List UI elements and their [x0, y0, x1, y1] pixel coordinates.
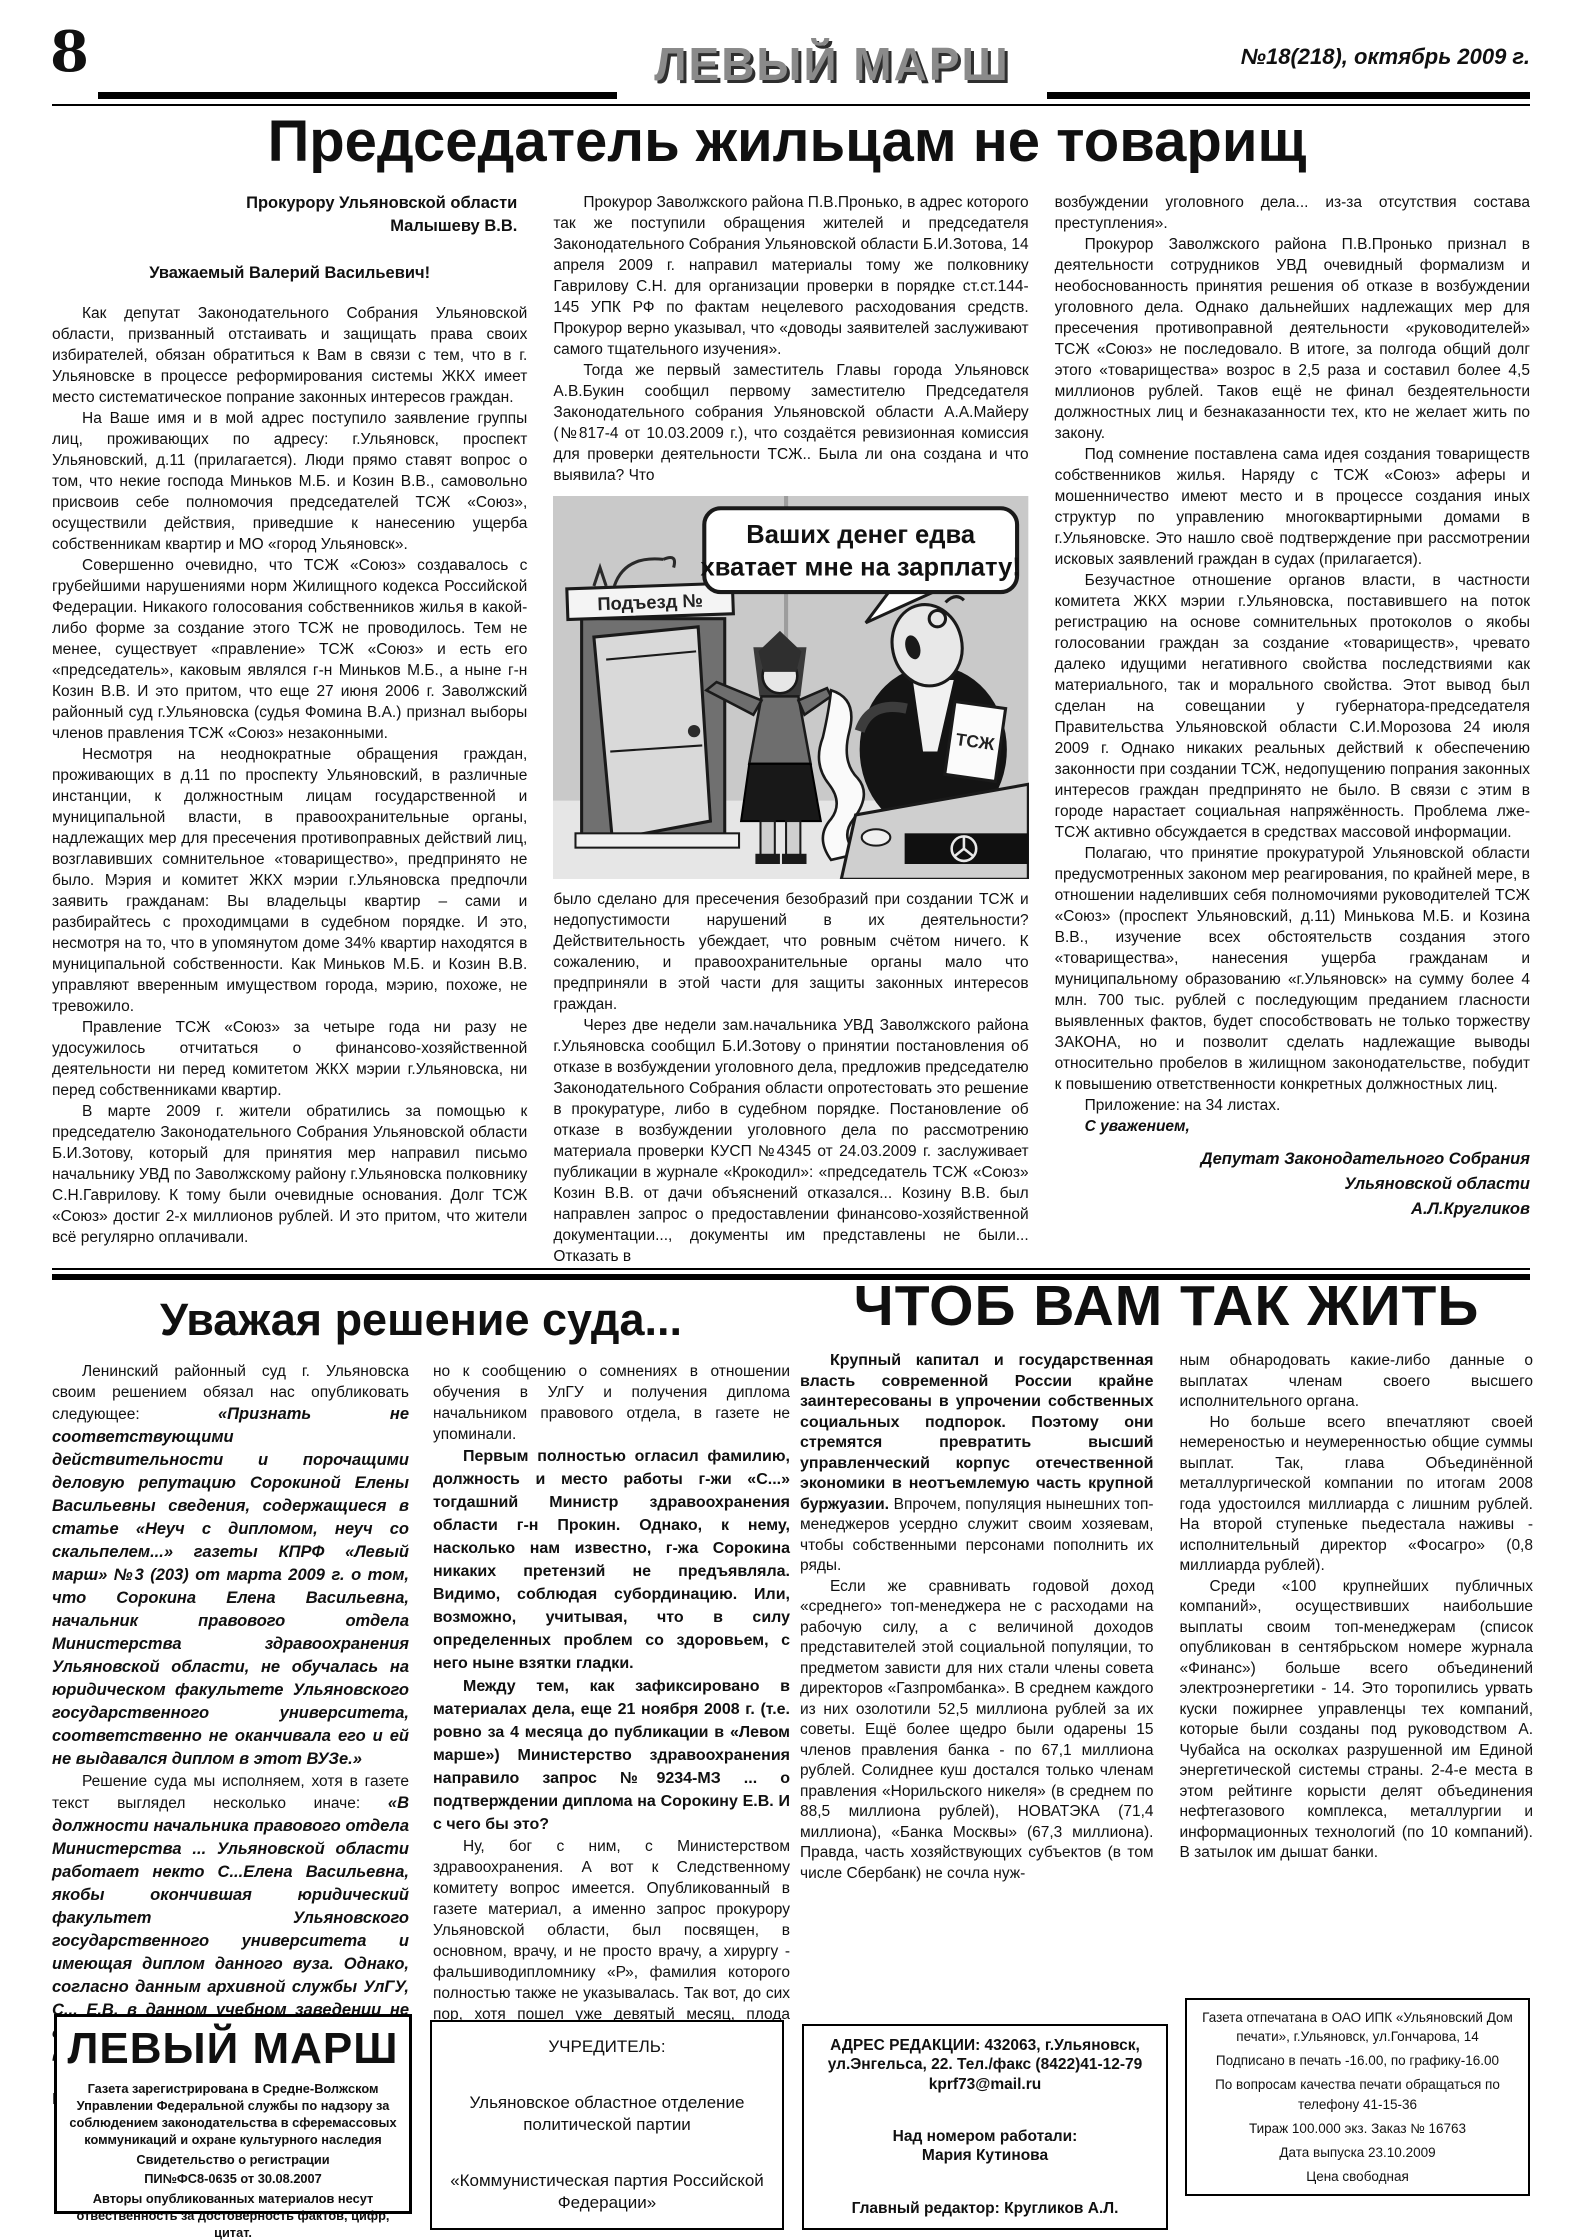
paragraph: Но больше всего впечатляют своей немерен… [1180, 1413, 1534, 1577]
paragraph: На Ваше имя и в мой адрес поступило заяв… [52, 408, 527, 555]
print-info-line: Цена свободная [1199, 2167, 1516, 2186]
article1-col3: возбуждении уголовного дела... из-за отс… [1055, 192, 1530, 1267]
print-info-line: Тираж 100.000 экз. Заказ № 16763 [1199, 2119, 1516, 2138]
paragraph: возбуждении уголовного дела... из-за отс… [1055, 192, 1530, 234]
broken-door [576, 619, 740, 848]
registration-box: ЛЕВЫЙ МАРШ Газета зарегистрирована в Сре… [54, 2014, 412, 2214]
article3-columns: Крупный капитал и государственная власть… [800, 1351, 1533, 1884]
signature-line: А.Л.Кругликов [1055, 1197, 1530, 1222]
issue-date: №18(218), октябрь 2009 г. [1241, 44, 1530, 70]
header-rule-thin [52, 104, 1530, 106]
addressee-line: Малышеву В.В. [52, 215, 517, 238]
founder-label: УЧРЕДИТЕЛЬ: [448, 2036, 766, 2058]
article1-headline: Председатель жильцам не товарищ [0, 110, 1574, 174]
print-info-line: Газета отпечатана в ОАО ИПК «Ульяновский… [1199, 2008, 1516, 2046]
speech-bubble-line1: Ваших денег едва [747, 521, 977, 549]
paragraph: Если же сравнивать годовой доход «средне… [800, 1577, 1154, 1885]
letter-addressee: Прокурору Ульяновской области Малышеву В… [52, 192, 527, 238]
article2-colB: но к сообщению о сомнениях в отношении о… [433, 1361, 790, 2110]
footer-logo: ЛЕВЫЙ МАРШ [67, 2027, 399, 2071]
letter-signature: Депутат Законодательного Собрания Ульяно… [1055, 1147, 1530, 1222]
paragraph: В марте 2009 г. жители обратились за пом… [52, 1101, 527, 1248]
article2: Уважая решение суда... Ленинский районны… [52, 1296, 790, 2110]
article2-columns: Ленинский районный суд г. Ульяновска сво… [52, 1361, 790, 2110]
staff-name: Мария Кутинова [816, 2146, 1154, 2165]
article3-lead: Крупный капитал и государственная власть… [800, 1352, 1154, 1513]
article2-colA: Ленинский районный суд г. Ульяновска сво… [52, 1361, 409, 2110]
paragraph: Тогда же первый заместитель Главы города… [553, 360, 1028, 486]
print-info-line: По вопросам качества печати обращаться п… [1199, 2075, 1516, 2113]
article1-columns: Прокурору Ульяновской области Малышеву В… [52, 192, 1530, 1267]
chief-editor: Главный редактор: Кругликов А.Л. [816, 2199, 1154, 2218]
article3: ЧТОБ ВАМ ТАК ЖИТЬ Крупный капитал и госу… [800, 1278, 1533, 1884]
cartoon-illustration: Подъезд № [553, 496, 1028, 879]
entrance-sign-label: Подъезд № [597, 590, 703, 615]
newspaper-page: 8 ЛЕВЫЙ МАРШ №18(218), октябрь 2009 г. П… [0, 0, 1574, 2240]
article3-headline: ЧТОБ ВАМ ТАК ЖИТЬ [800, 1278, 1533, 1335]
article3-colD: ным обнародовать какие-либо данные о вып… [1180, 1351, 1534, 1884]
paragraph: Через две недели зам.начальника УВД Заво… [553, 1015, 1028, 1267]
article3-colC: Крупный капитал и государственная власть… [800, 1351, 1154, 1884]
registration-line: Свидетельство о регистрации [67, 2152, 399, 2169]
registration-line: Газета зарегистрирована в Средне-Волжско… [67, 2081, 399, 2149]
article1-col1: Прокурору Ульяновской области Малышеву В… [52, 192, 527, 1267]
paragraph: Совершенно очевидно, что ТСЖ «Союз» созд… [52, 555, 527, 744]
tszh-folder: ТСЖ [945, 701, 1006, 781]
paragraph: Под сомнение поставлена сама идея создан… [1055, 444, 1530, 570]
paragraph: Безучастное отношение органов власти, в … [1055, 570, 1530, 843]
paragraph: Полагаю, что принятие прокуратурой Ульян… [1055, 843, 1530, 1095]
paragraph: Ну, бог с ним, с Министерством здравоохр… [433, 1836, 790, 2046]
editorial-address-box: АДРЕС РЕДАКЦИИ: 432063, г.Ульяновск, ул.… [802, 2024, 1168, 2230]
letter-salutation: Уважаемый Валерий Васильевич! [52, 264, 527, 283]
paragraph: Прокурор Заволжского района П.В.Пронько,… [553, 192, 1028, 360]
founder-line: Ульяновское областное отделение политиче… [448, 2092, 766, 2136]
paragraph: Как депутат Законодательного Собрания Ул… [52, 303, 527, 408]
page-number: 8 [50, 24, 89, 80]
issue-staff: Над номером работали: Мария Кутинова [816, 2127, 1154, 2166]
paragraph: Первым полностью огласил фамилию, должно… [433, 1445, 790, 1675]
paragraph: но к сообщению о сомнениях в отношении о… [433, 1361, 790, 1445]
paragraph: было сделано для пресечения безобразий п… [553, 889, 1028, 1015]
paragraph: Ленинский районный суд г. Ульяновска сво… [52, 1361, 409, 1771]
article1-col2: Прокурор Заволжского района П.В.Пронько,… [553, 192, 1028, 1267]
speech-bubble-line2: хватает мне на зарплату! [701, 554, 1021, 582]
cartoon-svg: Подъезд № [553, 496, 1028, 879]
court-ruling-quote: «Признать не соответствующими действител… [52, 1405, 409, 1768]
letter-signoff: С уважением, [1055, 1116, 1530, 1137]
editorial-address: АДРЕС РЕДАКЦИИ: 432063, г.Ульяновск, ул.… [816, 2036, 1154, 2094]
masthead-title: ЛЕВЫЙ МАРШ [617, 34, 1047, 100]
address-line: АДРЕС РЕДАКЦИИ: 432063, г.Ульяновск, ул.… [816, 2036, 1154, 2075]
registration-line: ПИ№ФС8-0635 от 30.08.2007 [67, 2171, 399, 2188]
print-info-line: Дата выпуска 23.10.2009 [1199, 2143, 1516, 2162]
staff-label: Над номером работали: [816, 2127, 1154, 2146]
section-divider-thin [52, 1268, 1530, 1270]
paragraph: Среди «100 крупнейших публичных компаний… [1180, 1577, 1534, 1864]
signature-line: Ульяновской области [1055, 1172, 1530, 1197]
paragraph: Несмотря на неоднократные обращения граж… [52, 744, 527, 1017]
paragraph: Правление ТСЖ «Союз» за четыре года ни р… [52, 1017, 527, 1101]
published-text-intro: Решение суда мы исполняем, хотя в газете… [52, 1773, 409, 1812]
print-info-box: Газета отпечатана в ОАО ИПК «Ульяновский… [1185, 1998, 1530, 2196]
signature-line: Депутат Законодательного Собрания [1055, 1147, 1530, 1172]
paragraph: Между тем, как зафиксировано в материала… [433, 1675, 790, 1836]
addressee-line: Прокурору Ульяновской области [52, 192, 517, 215]
founder-line: «Коммунистическая партия Российской Феде… [448, 2170, 766, 2214]
editorial-email: kprf73@mail.ru [816, 2075, 1154, 2094]
paragraph: Крупный капитал и государственная власть… [800, 1351, 1154, 1577]
registration-line: Авторы опубликованных материалов несут о… [67, 2191, 399, 2240]
paragraph: Прокурор Заволжского района П.В.Пронько … [1055, 234, 1530, 444]
article2-headline: Уважая решение суда... [52, 1296, 790, 1343]
paragraph: ным обнародовать какие-либо данные о вып… [1180, 1351, 1534, 1413]
founder-box: УЧРЕДИТЕЛЬ: Ульяновское областное отделе… [430, 2020, 784, 2230]
print-info-line: Подписано в печать -16.00, по графику-16… [1199, 2051, 1516, 2070]
attachment-note: Приложение: на 34 листах. [1055, 1095, 1530, 1116]
